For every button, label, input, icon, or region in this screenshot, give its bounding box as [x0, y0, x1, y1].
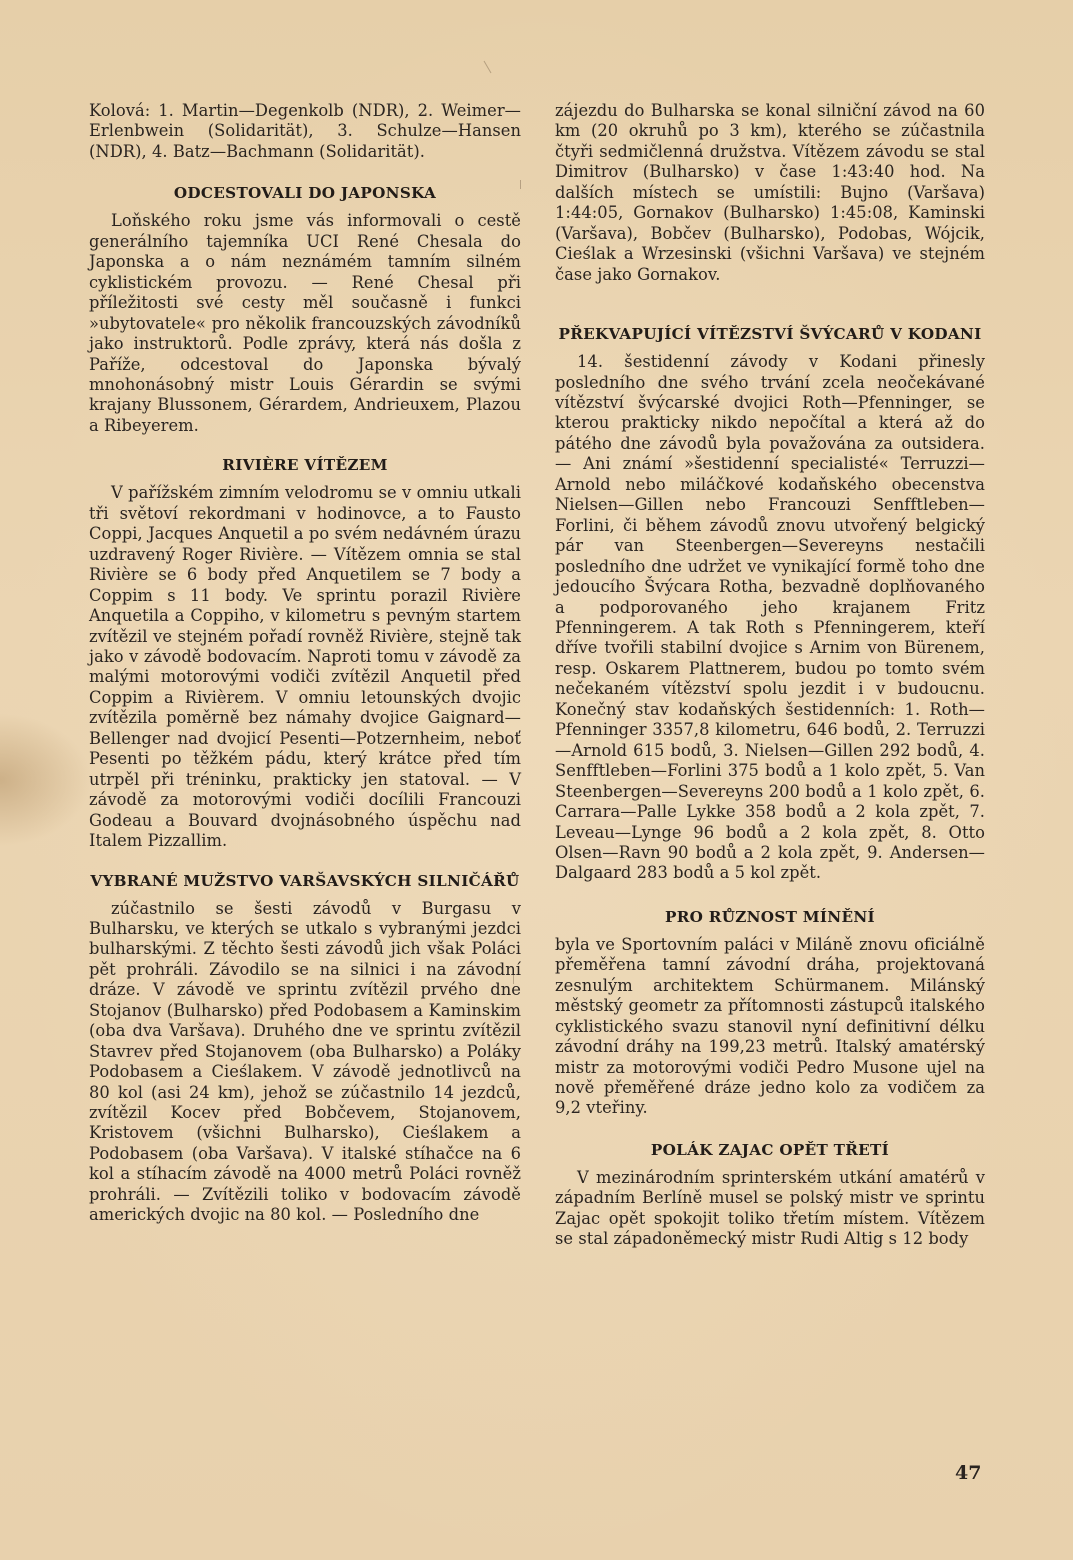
continued-paragraph: zájezdu do Bulharska se konal silniční z…	[555, 101, 985, 285]
article-body: byla ve Sportovním paláci v Miláně znovu…	[555, 935, 985, 1119]
article-heading: ODCESTOVALI DO JAPONSKA	[89, 184, 521, 203]
article-body: Loňského roku jsme vás informovali o ces…	[89, 211, 521, 436]
right-column: zájezdu do Bulharska se konal silniční z…	[555, 101, 985, 1250]
article-body: V mezinárodním sprinterském utkání amaté…	[555, 1168, 985, 1250]
article-heading: POLÁK ZAJAC OPĚT TŘETÍ	[555, 1141, 985, 1160]
article-body: 14. šestidenní závody v Kodani přinesly …	[555, 352, 985, 884]
intro-results-paragraph: Kolová: 1. Martin—Degenkolb (NDR), 2. We…	[89, 101, 521, 162]
left-column: Kolová: 1. Martin—Degenkolb (NDR), 2. We…	[89, 101, 521, 1226]
article-body: zúčastnilo se šesti závodů v Burgasu v B…	[89, 899, 521, 1226]
article-heading: PRO RŮZNOST MÍNĚNÍ	[555, 908, 985, 927]
article-heading: PŘEKVAPUJÍCÍ VÍTĚZSTVÍ ŠVÝCARŮ V KODANI	[555, 325, 985, 344]
article-heading: RIVIÈRE VÍTĚZEM	[89, 456, 521, 475]
article-body: V pařížském zimním velodromu se v omniu …	[89, 483, 521, 851]
paper-scratch	[484, 61, 492, 74]
page-number: 47	[955, 1462, 981, 1484]
article-heading: VYBRANÉ MUŽSTVO VARŠAVSKÝCH SILNIČÁŘŮ	[89, 872, 521, 891]
magazine-page: Kolová: 1. Martin—Degenkolb (NDR), 2. We…	[0, 0, 1073, 1560]
